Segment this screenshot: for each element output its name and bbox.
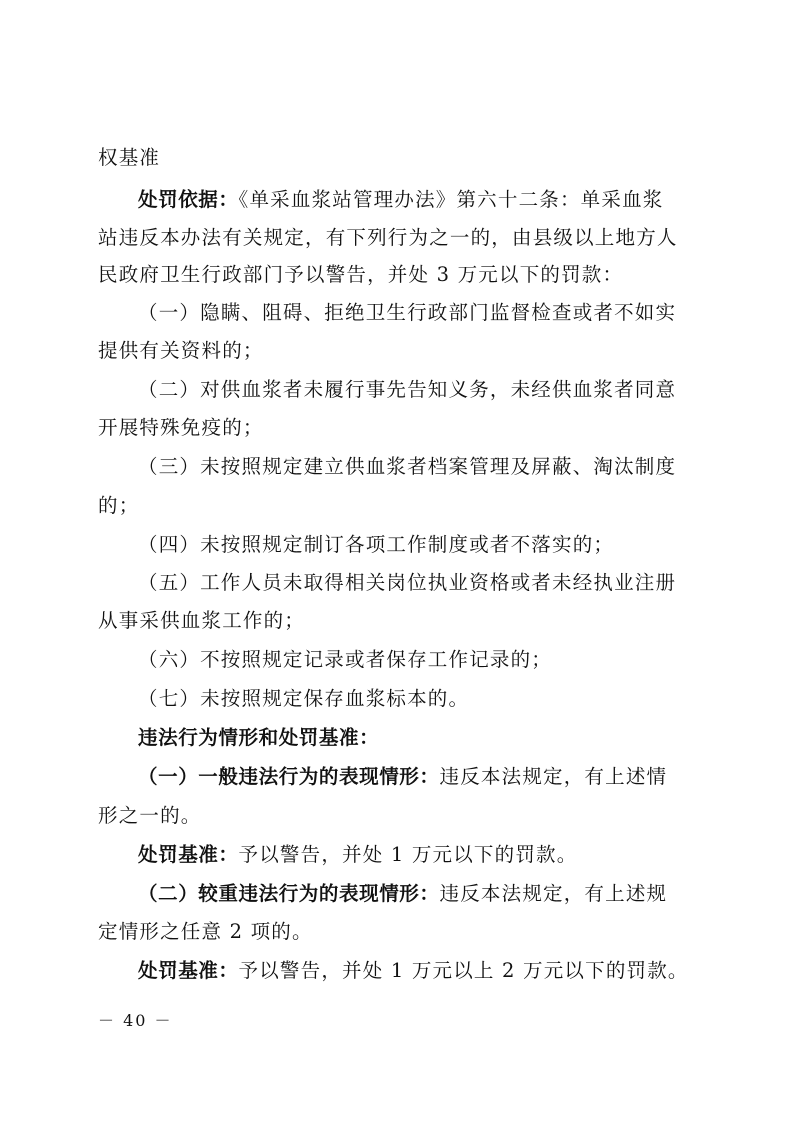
bold-label: 处罚依据： — [138, 188, 239, 211]
text-line: 形之一的。 — [98, 804, 698, 828]
bold-label: 处罚基准： — [138, 843, 239, 866]
list-item: （七）未按照规定保存血浆标本的。 — [138, 687, 738, 711]
list-item: （一）隐瞒、阻碍、拒绝卫生行政部门监督检查或者不如实 — [138, 301, 738, 325]
line-text: 形之一的。 — [98, 804, 202, 827]
list-item: （六）不按照规定记录或者保存工作记录的； — [138, 648, 738, 672]
line-text: 定情形之任意 2 项的。 — [98, 920, 313, 943]
bold-label: （一）一般违法行为的表现情形： — [138, 765, 440, 788]
line-text: 开展特殊免疫的； — [98, 416, 264, 439]
bold-label: （二）较重违法行为的表现情形： — [138, 882, 440, 905]
bold-label: 违法行为情形和处罚基准： — [138, 726, 379, 749]
line-text: 从事采供血浆工作的； — [98, 609, 305, 632]
line-text: 提供有关资料的； — [98, 339, 264, 362]
text-line: 权基准 — [98, 146, 698, 170]
text-line: 从事采供血浆工作的； — [98, 609, 698, 633]
line-text: （五）工作人员未取得相关岗位执业资格或者未经执业注册 — [138, 571, 676, 594]
line-text: （二）对供血浆者未履行事先告知义务，未经供血浆者同意 — [138, 378, 676, 401]
line-text: （四）未按照规定制订各项工作制度或者不落实的； — [138, 533, 614, 556]
line-text: （一）隐瞒、阻碍、拒绝卫生行政部门监督检查或者不如实 — [138, 301, 676, 324]
penalty-standard: 处罚基准：予以警告，并处 1 万元以上 2 万元以下的罚款。 — [138, 959, 738, 983]
penalty-standard: 处罚基准：予以警告，并处 1 万元以下的罚款。 — [138, 843, 738, 867]
line-text: 违反本法规定，有上述规 — [440, 882, 668, 905]
page-number: － 40 － — [98, 1008, 173, 1031]
text-line: 开展特殊免疫的； — [98, 416, 698, 440]
line-text: 予以警告，并处 1 万元以上 2 万元以下的罚款。 — [239, 959, 689, 982]
line-text: 权基准 — [98, 146, 160, 169]
basis-heading: 处罚依据：《单采血浆站管理办法》第六十二条：单采血浆 — [138, 188, 738, 212]
text-line: 民政府卫生行政部门予以警告，并处 3 万元以下的罚款： — [98, 263, 698, 287]
list-item: （三）未按照规定建立供血浆者档案管理及屏蔽、淘汰制度 — [138, 455, 738, 479]
line-text: 的； — [98, 494, 139, 517]
section-heading: 违法行为情形和处罚基准： — [138, 726, 738, 750]
text-line: 站违反本办法有关规定，有下列行为之一的，由县级以上地方人 — [98, 226, 698, 250]
list-item: （五）工作人员未取得相关岗位执业资格或者未经执业注册 — [138, 571, 738, 595]
list-item: （二）对供血浆者未履行事先告知义务，未经供血浆者同意 — [138, 378, 738, 402]
bold-label: 处罚基准： — [138, 959, 239, 982]
line-text: 违反本法规定，有上述情 — [440, 765, 668, 788]
situation-serious: （二）较重违法行为的表现情形：违反本法规定，有上述规 — [138, 882, 738, 906]
line-text: （七）未按照规定保存血浆标本的。 — [138, 687, 469, 710]
text-line: 提供有关资料的； — [98, 339, 698, 363]
situation-general: （一）一般违法行为的表现情形：违反本法规定，有上述情 — [138, 765, 738, 789]
line-text: 《单采血浆站管理办法》第六十二条：单采血浆 — [239, 188, 664, 211]
line-text: （三）未按照规定建立供血浆者档案管理及屏蔽、淘汰制度 — [138, 455, 676, 478]
text-line: 定情形之任意 2 项的。 — [98, 920, 698, 944]
line-text: 予以警告，并处 1 万元以下的罚款。 — [239, 843, 578, 866]
line-text: 民政府卫生行政部门予以警告，并处 3 万元以下的罚款： — [98, 263, 623, 286]
line-text: （六）不按照规定记录或者保存工作记录的； — [138, 648, 552, 671]
line-text: 站违反本办法有关规定，有下列行为之一的，由县级以上地方人 — [98, 226, 678, 249]
list-item: （四）未按照规定制订各项工作制度或者不落实的； — [138, 533, 738, 557]
text-line: 的； — [98, 494, 698, 518]
